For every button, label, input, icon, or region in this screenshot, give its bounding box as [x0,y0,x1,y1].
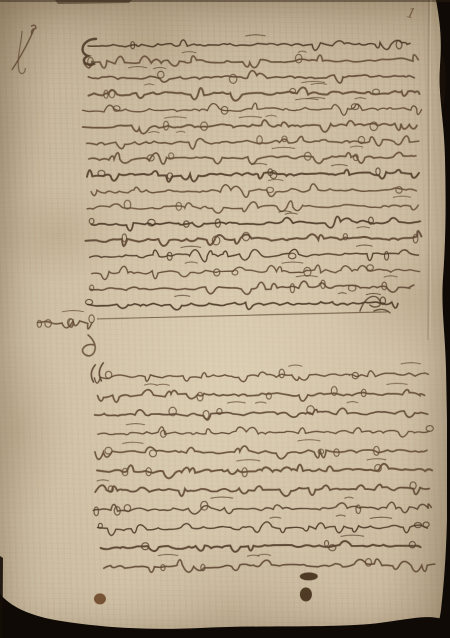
page-edge-left-bottom [0,556,3,638]
page-crease-line [428,0,429,340]
page-edge-layer [0,0,450,638]
page-edge-top-line [0,0,450,2]
page-edge-bottom [0,594,450,638]
page-crease-highlight [430,0,431,338]
manuscript-scan: 1 [0,0,450,638]
